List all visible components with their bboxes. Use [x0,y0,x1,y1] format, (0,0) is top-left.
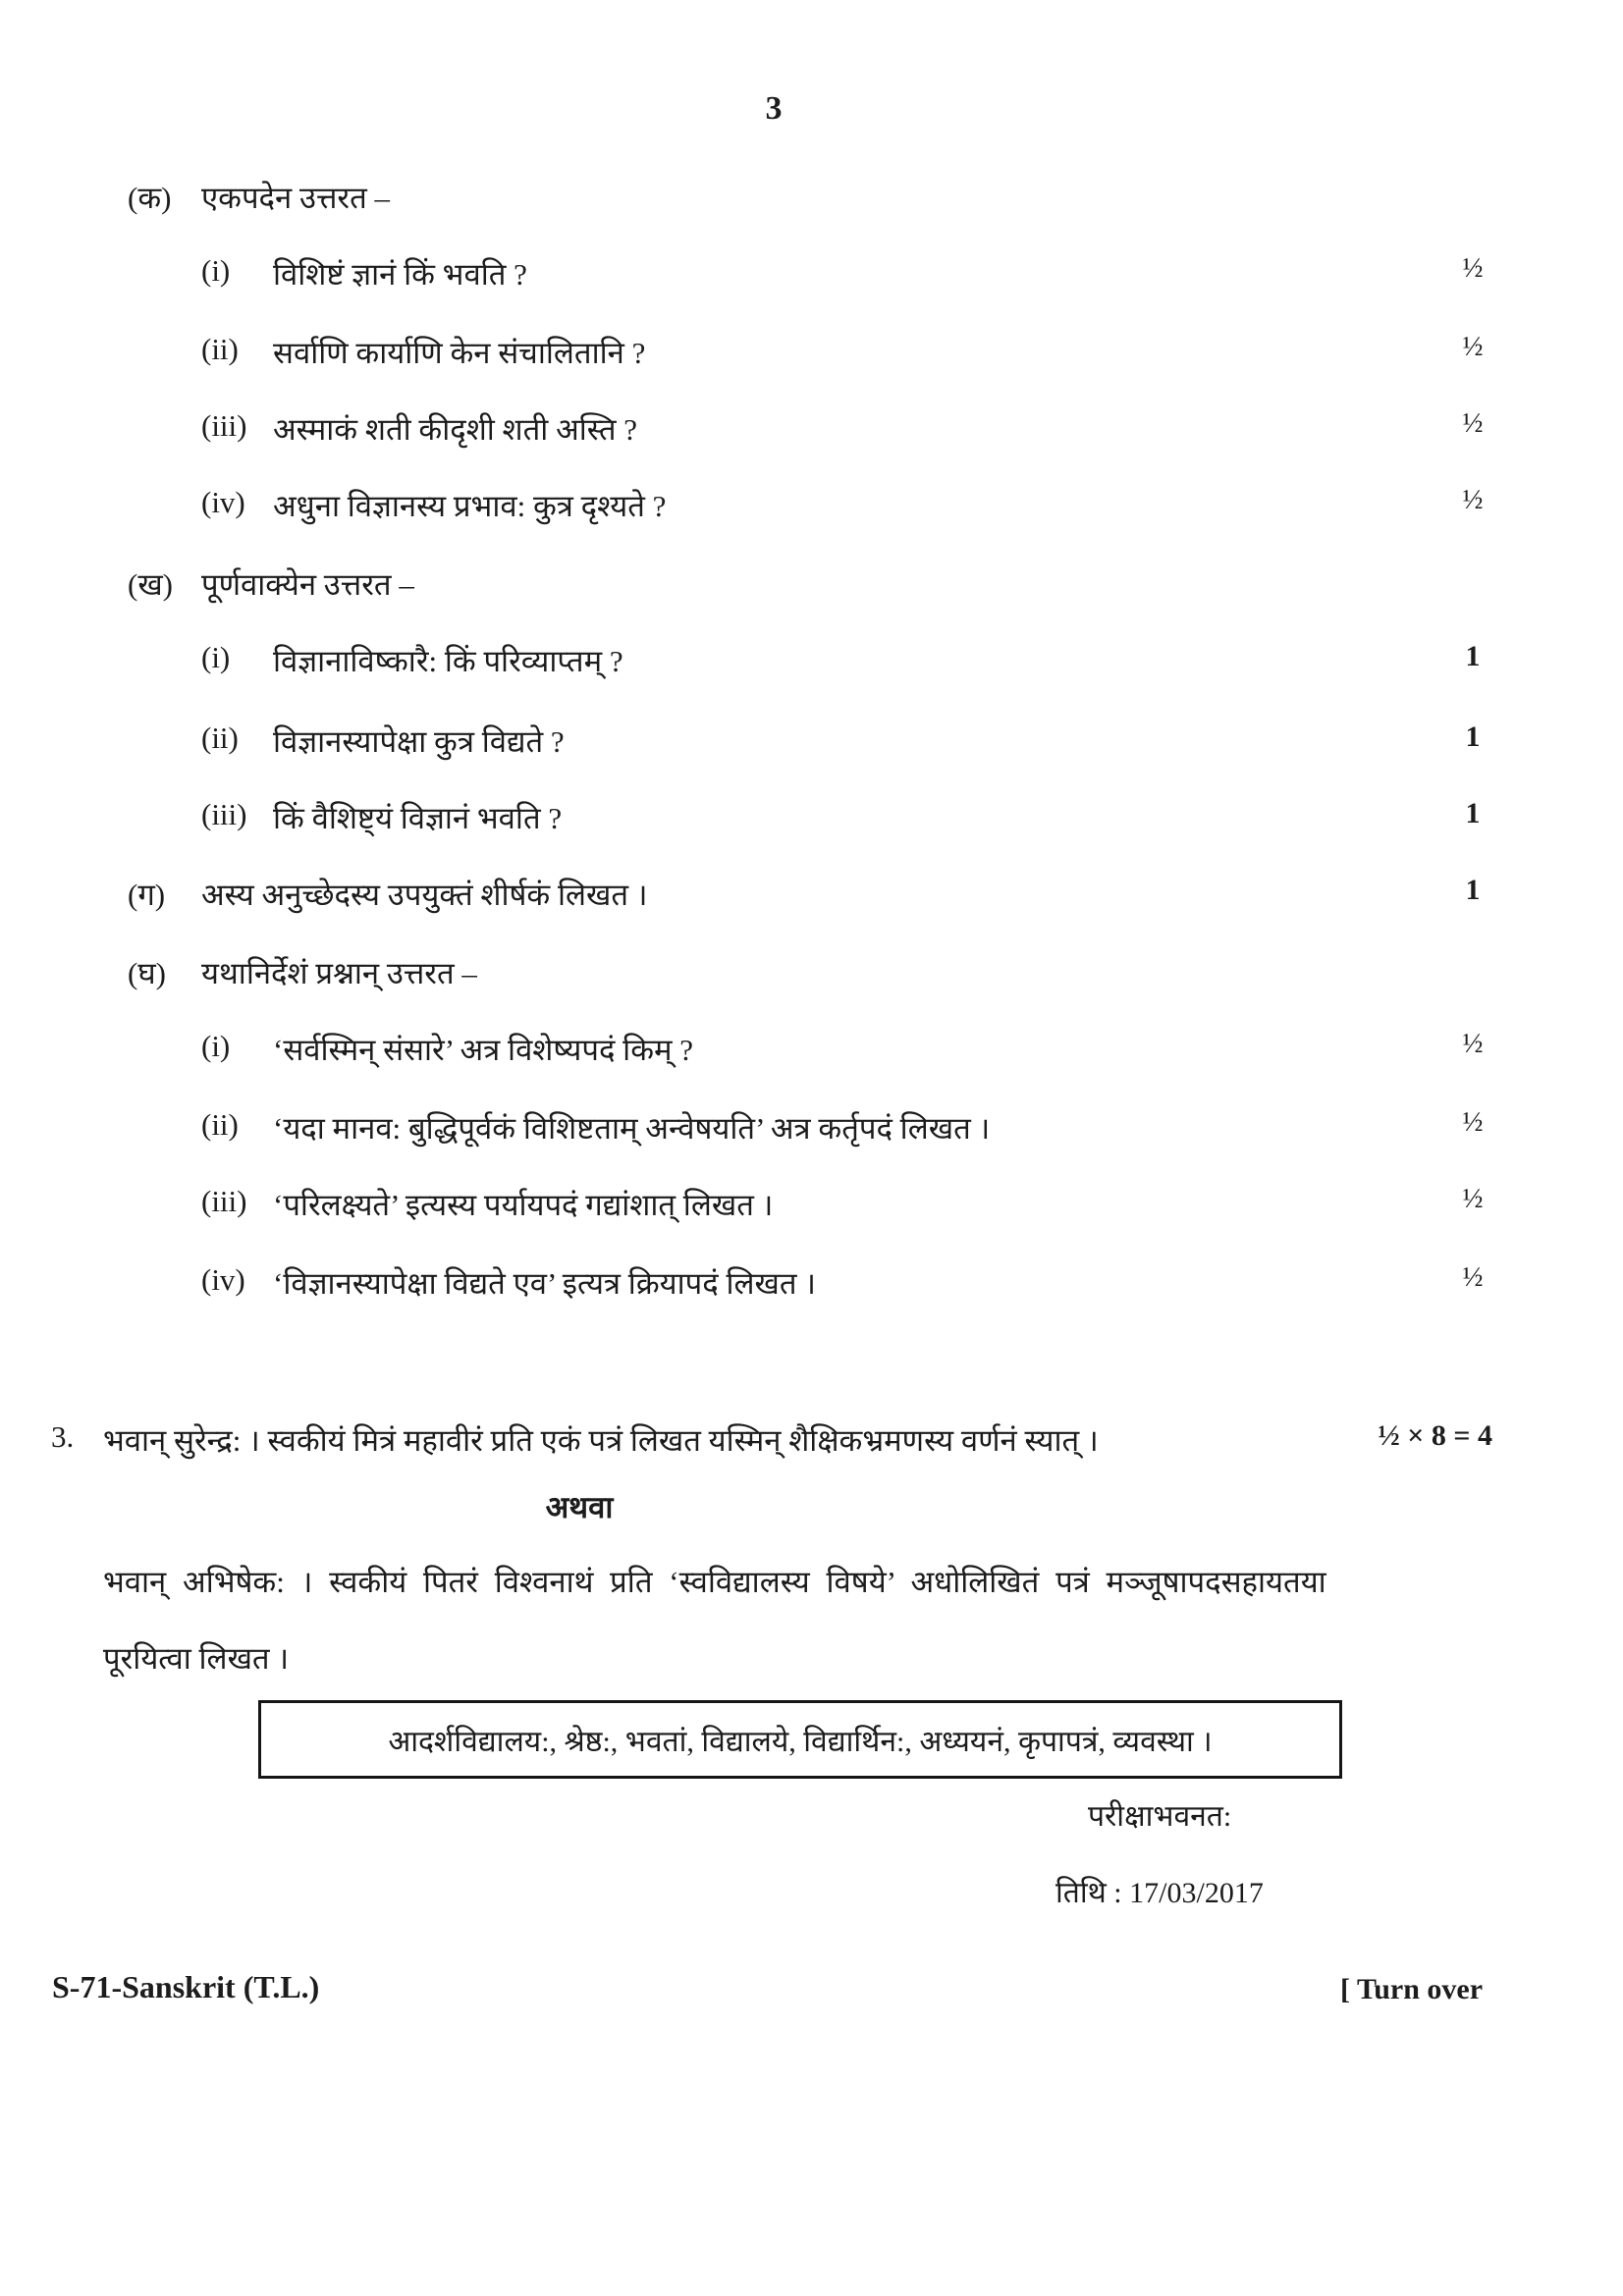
part-ka-heading-row: (क) एकपदेन उत्तरत – [0,177,1623,240]
question-row: (iii) किं वैशिष्ट्यं विज्ञानं भवति ? 1 [0,797,1623,860]
marks-value: ½ [1434,332,1512,363]
letter-salutation: परीक्षाभवनत: [1088,1794,1231,1835]
question-row: (iv) ‘विज्ञानस्यापेक्षा विद्यते एव’ इत्य… [0,1262,1623,1325]
marks-value: ½ [1434,485,1512,516]
question-text: ‘परिलक्ष्यते’ इत्यस्य पर्यायपदं गद्यांशा… [273,1184,773,1225]
question-number: (i) [201,1029,230,1064]
part-gha-label: (घ) [128,952,166,993]
question-text: विज्ञानस्यापेक्षा कुत्र विद्यते ? [273,721,565,762]
question-text: ‘यदा मानव: बुद्धिपूर्वकं विशिष्टताम् अन्… [273,1107,990,1148]
page-number: 3 [0,90,1547,128]
question-row: (i) ‘सर्वस्मिन् संसारे’ अत्र विशेष्यपदं … [0,1029,1623,1092]
part-ka-heading: एकपदेन उत्तरत – [201,177,390,218]
question-number: (i) [201,253,230,289]
marks-value: 1 [1434,797,1512,830]
question-number: (ii) [201,1107,239,1143]
question-text: अधुना विज्ञानस्य प्रभाव: कुत्र दृश्यते ? [273,485,666,526]
exam-paper-page: 3 (क) एकपदेन उत्तरत – (i) विशिष्टं ज्ञान… [0,0,1623,2296]
question-row: (iii) ‘परिलक्ष्यते’ इत्यस्य पर्यायपदं गद… [0,1184,1623,1247]
question-number: (i) [201,640,230,675]
marks-value: ½ [1434,253,1512,285]
turn-over-note: [ Turn over [1340,1973,1483,2006]
part-kha-label: (ख) [128,563,173,605]
question-text: विशिष्टं ज्ञानं किं भवति ? [273,253,527,294]
question-text: ‘सर्वस्मिन् संसारे’ अत्र विशेष्यपदं किम्… [273,1029,693,1070]
question-text: ‘विज्ञानस्यापेक्षा विद्यते एव’ इत्यत्र क… [273,1262,816,1304]
question-text: किं वैशिष्ट्यं विज्ञानं भवति ? [273,797,562,838]
marks-value: 1 [1434,640,1512,673]
question-text: विज्ञानाविष्कारै: किं परिव्याप्तम् ? [273,640,623,681]
marks-value: ½ [1434,1029,1512,1060]
marks-value: 1 [1434,874,1512,907]
marks-value: ½ [1434,408,1512,440]
marks-value: 1 [1434,721,1512,754]
marks-value: ½ [1434,1184,1512,1215]
or-label: अथवा [0,1486,1159,1527]
part-kha-heading: पूर्णवाक्येन उत्तरत – [201,563,414,605]
question-row: (ii) विज्ञानस्यापेक्षा कुत्र विद्यते ? 1 [0,721,1623,783]
manjusha-word-box: आदर्शविद्यालय:, श्रेष्ठ:, भवतां, विद्याल… [258,1700,1342,1779]
question-number: (ii) [201,332,239,367]
paper-code: S-71-Sanskrit (T.L.) [52,1969,319,2005]
part-gha-heading: यथानिर्देशं प्रश्नान् उत्तरत – [201,952,477,993]
marks-value: ½ [1434,1262,1512,1294]
manjusha-words: आदर्शविद्यालय:, श्रेष्ठ:, भवतां, विद्याल… [388,1720,1212,1760]
question-row: (i) विशिष्टं ज्ञानं किं भवति ? ½ [0,253,1623,316]
marks-value: ½ [1434,1107,1512,1139]
question-text: अस्माकं शती कीदृशी शती अस्ति ? [273,408,637,450]
part-gha-heading-row: (घ) यथानिर्देशं प्रश्नान् उत्तरत – [0,952,1623,1015]
question-number: (iv) [201,1262,245,1298]
question-number: (iii) [201,1184,247,1219]
part-ga-heading-row: (ग) अस्य अनुच्छेदस्य उपयुक्तं शीर्षकं लि… [0,874,1623,936]
part-ga-label: (ग) [128,874,165,915]
question-text: सर्वाणि कार्याणि केन संचालितानि ? [273,332,645,373]
part-ga-heading: अस्य अनुच्छेदस्य उपयुक्तं शीर्षकं लिखत । [201,874,648,915]
question-row: (i) विज्ञानाविष्कारै: किं परिव्याप्तम् ?… [0,640,1623,703]
question-number: (ii) [201,721,239,756]
question-3-row: 3. भवान् सुरेन्द्र: । स्वकीयं मित्रं महा… [0,1419,1623,1482]
part-kha-heading-row: (ख) पूर्णवाक्येन उत्तरत – [0,563,1623,626]
question-number: (iii) [201,797,247,832]
question-3-text: भवान् सुरेन्द्र: । स्वकीयं मित्रं महावीर… [103,1419,1330,1461]
question-number: (iii) [201,408,247,444]
letter-date: तिथि : 17/03/2017 [1055,1871,1264,1911]
question-row: (iii) अस्माकं शती कीदृशी शती अस्ति ? ½ [0,408,1623,471]
question-number: (iv) [201,485,245,520]
part-ka-label: (क) [128,177,171,218]
question-3-alternative-line1: भवान् अभिषेक: । स्वकीयं पितरं विश्वनाथं … [103,1561,1525,1602]
question-3-marks: ½ × 8 = 4 [1330,1419,1492,1453]
question-row: (ii) ‘यदा मानव: बुद्धिपूर्वकं विशिष्टताम… [0,1107,1623,1170]
question-row: (iv) अधुना विज्ञानस्य प्रभाव: कुत्र दृश्… [0,485,1623,548]
question-3-number: 3. [51,1419,74,1455]
question-row: (ii) सर्वाणि कार्याणि केन संचालितानि ? ½ [0,332,1623,395]
question-3-alternative-line2: पूरयित्वा लिखत । [103,1637,289,1679]
